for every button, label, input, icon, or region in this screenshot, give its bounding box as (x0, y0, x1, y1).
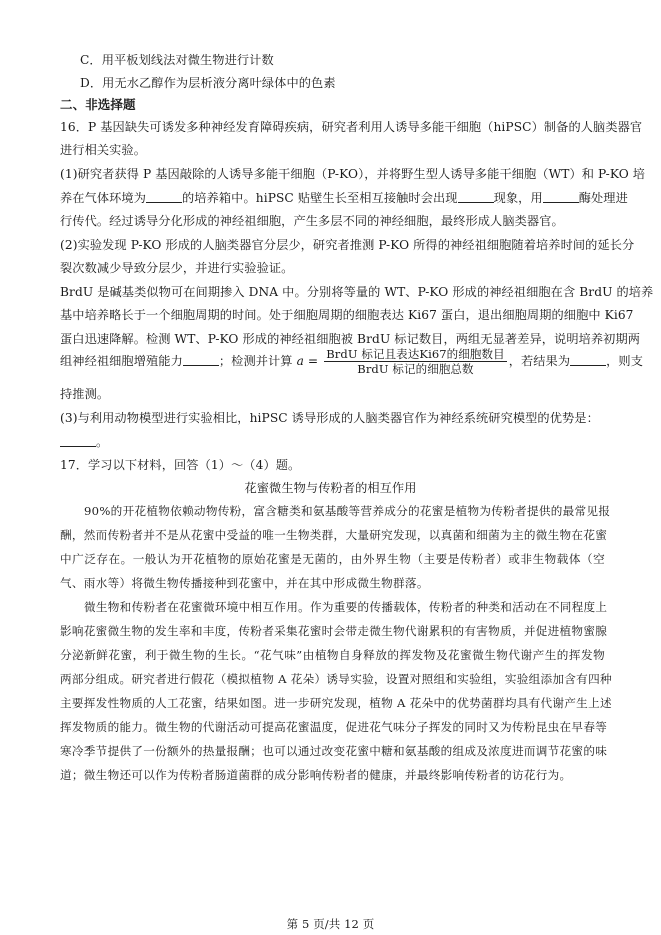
article-line: 主要挥发性物质的人工花蜜，结果如图。进一步研究发现，植物 A 花朵中的优势菌群均… (60, 695, 605, 711)
equals-sign: = (304, 354, 322, 368)
q16-part2-line-5: 蛋白迅速降解。检测 WT、P-KO 形成的神经祖细胞被 BrdU 标记数目，两组… (60, 331, 605, 347)
q16-part3-line-1: (3)与利用动物模型进行实验相比，hiPSC 诱导形成的人脑类器官作为神经系统研… (60, 410, 605, 426)
q16-line-1: 16．P 基因缺失可诱发多种神经发育障碍疾病，研究者利用人诱导多能干细胞（hiP… (60, 119, 605, 135)
article-line: 影响花蜜微生物的发生率和丰度，传粉者采集花蜜时会带走微生物代谢累积的有害物质，并… (60, 623, 605, 639)
article-line: 气、雨水等）将微生物传播接种到花蜜中，并在其中形成微生物群落。 (60, 575, 605, 591)
answer-blank-result[interactable] (570, 353, 606, 366)
text-fragment: ，则支 (606, 354, 643, 368)
article-line: 两部分组成。研究者进行假花（模拟植物 A 花朵）诱导实验，设置对照组和实验组，实… (60, 671, 605, 687)
answer-blank-phenomenon[interactable] (458, 190, 494, 203)
page-footer: 第 5 页/共 12 页 (0, 916, 661, 932)
answer-blank-proliferation[interactable] (183, 353, 219, 366)
text-fragment: 养在气体环境为 (60, 191, 146, 205)
q16-part3-line-2: 。 (60, 434, 605, 450)
fraction-denominator: BrdU 标记的细胞总数 (324, 362, 506, 376)
q16-line-2: 进行相关实验。 (60, 142, 605, 158)
article-line: 酬，然而传粉者并不是从花蜜中受益的唯一生物类群，大量研究发现，以真菌和细菌为主的… (60, 527, 605, 543)
q17-line-1: 17．学习以下材料，回答（1）～（4）题。 (60, 457, 605, 473)
answer-blank-advantage[interactable] (60, 434, 96, 447)
article-line: 挥发物质的能力。微生物的代谢活动可提高花蜜温度，促进花气味分子挥发的同时又为传粉… (60, 719, 605, 735)
text-fragment: 。 (96, 435, 108, 449)
answer-blank-gas[interactable] (146, 190, 182, 203)
article-line: 中广泛存在。一般认为开花植物的原始花蜜是无菌的，由外界生物（主要是传粉者）或非生… (60, 551, 605, 567)
option-c: C．用平板划线法对微生物进行计数 (80, 52, 625, 68)
q16-part2-line-7: 持推测。 (60, 386, 605, 402)
q16-part2-line-1: (2)实验发现 P-KO 形成的人脑类器官分层少，研究者推测 P-KO 所得的神… (60, 237, 605, 253)
q16-part1-line-3: 行传代。经过诱导分化形成的神经祖细胞，产生多层不同的神经细胞，最终形成人脑类器官… (60, 213, 605, 229)
answer-blank-enzyme[interactable] (543, 190, 579, 203)
q16-part1-line-2: 养在气体环境为的培养箱中。hiPSC 贴壁生长至相互接触时会出现现象，用酶处理进 (60, 190, 605, 206)
article-line: 道；微生物还可以作为传粉者肠道菌群的成分影响传粉者的健康，并最终影响传粉者的访花… (60, 767, 605, 783)
article-line: 90%的开花植物依赖动物传粉，富含糖类和氨基酸等营养成分的花蜜是植物为传粉者提供… (60, 503, 605, 519)
text-fragment: ，若结果为 (509, 354, 570, 368)
q16-part1-line-1: (1)研究者获得 P 基因敲除的人诱导多能干细胞（P-KO），并将野生型人诱导多… (60, 166, 605, 182)
text-fragment: 组神经祖细胞增殖能力 (60, 354, 183, 368)
option-d: D．用无水乙醇作为层析液分离叶绿体中的色素 (80, 75, 625, 91)
article-line: 寒冷季节提供了一份额外的热量报酬；也可以通过改变花蜜中糖和氨基酸的组成及浓度进而… (60, 743, 605, 759)
q16-part2-line-2: 裂次数减少导致分层少，并进行实验验证。 (60, 260, 605, 276)
section-heading: 二、非选择题 (60, 97, 605, 113)
text-fragment: ；检测并计算 (219, 354, 297, 368)
article-line: 分泌新鲜花蜜，利于微生物的生长。“花气味”由植物自身释放的挥发物及花蜜微生物代谢… (60, 647, 605, 663)
fraction-numerator: BrdU 标记且表达Ki67的细胞数目 (324, 347, 506, 362)
article-line: 微生物和传粉者在花蜜微环境中相互作用。作为重要的传播载体，传粉者的种类和活动在不… (60, 599, 605, 615)
q16-part2-line-6: 组神经祖细胞增殖能力；检测并计算 a = BrdU 标记且表达Ki67的细胞数目… (60, 346, 605, 376)
variable-a: a (297, 354, 304, 368)
q16-part2-line-3: BrdU 是碱基类似物可在间期掺入 DNA 中。分别将等量的 WT、P-KO 形… (60, 284, 605, 300)
q16-part2-line-4: 基中培养略长于一个细胞周期的时间。处于细胞周期的细胞表达 Ki67 蛋白，退出细… (60, 307, 605, 323)
text-fragment: 酶处理进 (579, 191, 628, 205)
text-fragment: 现象，用 (494, 191, 543, 205)
fraction: BrdU 标记且表达Ki67的细胞数目BrdU 标记的细胞总数 (324, 347, 506, 376)
text-fragment: 的培养箱中。hiPSC 贴壁生长至相互接触时会出现 (182, 191, 458, 205)
article-title: 花蜜微生物与传粉者的相互作用 (0, 480, 661, 496)
